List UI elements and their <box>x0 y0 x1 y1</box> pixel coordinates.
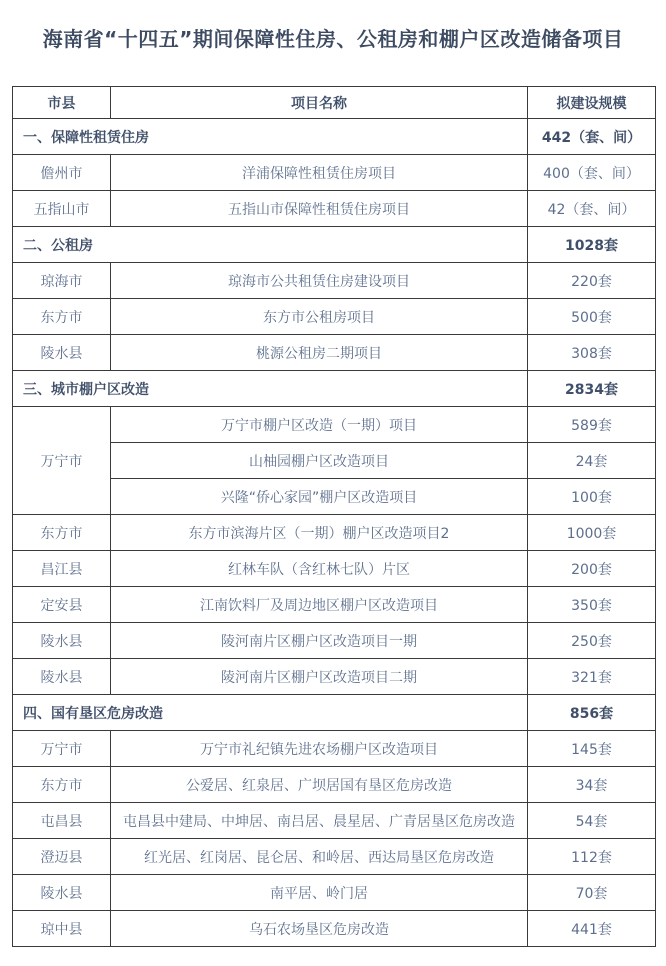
project-cell: 江南饮料厂及周边地区棚户区改造项目 <box>111 587 528 623</box>
project-cell: 东方市滨海片区（一期）棚户区改造项目2 <box>111 515 528 551</box>
header-project: 项目名称 <box>111 87 528 119</box>
table-row: 万宁市 万宁市礼纪镇先进农场棚户区改造项目 145套 <box>13 731 656 767</box>
section-row: 一、保障性租赁住房 442（套、间） <box>13 119 656 155</box>
table-row: 琼海市 琼海市公共租赁住房建设项目 220套 <box>13 263 656 299</box>
city-cell: 定安县 <box>13 587 111 623</box>
scale-cell: 441套 <box>528 911 656 947</box>
table-row: 定安县 江南饮料厂及周边地区棚户区改造项目 350套 <box>13 587 656 623</box>
scale-cell: 42（套、间） <box>528 191 656 227</box>
project-cell: 五指山市保障性租赁住房项目 <box>111 191 528 227</box>
city-cell: 琼中县 <box>13 911 111 947</box>
table-row: 陵水县 陵河南片区棚户区改造项目一期 250套 <box>13 623 656 659</box>
scale-cell: 145套 <box>528 731 656 767</box>
table-row: 昌江县 红林车队（含红林七队）片区 200套 <box>13 551 656 587</box>
city-cell: 东方市 <box>13 767 111 803</box>
city-cell: 陵水县 <box>13 659 111 695</box>
table-row: 澄迈县 红光居、红岗居、昆仑居、和岭居、西达局垦区危房改造 112套 <box>13 839 656 875</box>
section-total: 1028套 <box>528 227 656 263</box>
scale-cell: 589套 <box>528 407 656 443</box>
section-row: 二、公租房 1028套 <box>13 227 656 263</box>
table-row: 万宁市 万宁市棚户区改造（一期）项目 589套 <box>13 407 656 443</box>
header-city: 市县 <box>13 87 111 119</box>
section-total: 2834套 <box>528 371 656 407</box>
city-cell: 万宁市 <box>13 731 111 767</box>
project-cell: 陵河南片区棚户区改造项目一期 <box>111 623 528 659</box>
table-row: 东方市 东方市滨海片区（一期）棚户区改造项目2 1000套 <box>13 515 656 551</box>
city-cell: 陵水县 <box>13 335 111 371</box>
section-total: 442（套、间） <box>528 119 656 155</box>
header-row: 市县 项目名称 拟建设规模 <box>13 87 656 119</box>
city-cell: 昌江县 <box>13 551 111 587</box>
table-row: 陵水县 陵河南片区棚户区改造项目二期 321套 <box>13 659 656 695</box>
city-cell: 陵水县 <box>13 623 111 659</box>
table-row: 五指山市 五指山市保障性租赁住房项目 42（套、间） <box>13 191 656 227</box>
city-cell: 万宁市 <box>13 407 111 515</box>
project-cell: 公爱居、红泉居、广坝居国有垦区危房改造 <box>111 767 528 803</box>
project-cell: 洋浦保障性租赁住房项目 <box>111 155 528 191</box>
section-label: 二、公租房 <box>13 227 528 263</box>
project-cell: 万宁市礼纪镇先进农场棚户区改造项目 <box>111 731 528 767</box>
city-cell: 陵水县 <box>13 875 111 911</box>
table-row: 陵水县 南平居、岭门居 70套 <box>13 875 656 911</box>
scale-cell: 308套 <box>528 335 656 371</box>
project-cell: 陵河南片区棚户区改造项目二期 <box>111 659 528 695</box>
scale-cell: 54套 <box>528 803 656 839</box>
scale-cell: 321套 <box>528 659 656 695</box>
city-cell: 五指山市 <box>13 191 111 227</box>
table-row: 东方市 东方市公租房项目 500套 <box>13 299 656 335</box>
project-cell: 东方市公租房项目 <box>111 299 528 335</box>
scale-cell: 250套 <box>528 623 656 659</box>
project-cell: 万宁市棚户区改造（一期）项目 <box>111 407 528 443</box>
project-cell: 兴隆“侨心家园”棚户区改造项目 <box>111 479 528 515</box>
project-cell: 山柚园棚户区改造项目 <box>111 443 528 479</box>
header-scale: 拟建设规模 <box>528 87 656 119</box>
scale-cell: 70套 <box>528 875 656 911</box>
section-total: 856套 <box>528 695 656 731</box>
section-label: 四、国有垦区危房改造 <box>13 695 528 731</box>
scale-cell: 100套 <box>528 479 656 515</box>
page: 海南省“十四五”期间保障性住房、公租房和棚户区改造储备项目 市县 项目名称 拟建… <box>0 0 666 966</box>
scale-cell: 400（套、间） <box>528 155 656 191</box>
scale-cell: 1000套 <box>528 515 656 551</box>
table-row: 琼中县 乌石农场垦区危房改造 441套 <box>13 911 656 947</box>
city-cell: 儋州市 <box>13 155 111 191</box>
table-row: 屯昌县 屯昌县中建局、中坤居、南吕居、晨星居、广青居垦区危房改造 54套 <box>13 803 656 839</box>
city-cell: 东方市 <box>13 515 111 551</box>
project-cell: 琼海市公共租赁住房建设项目 <box>111 263 528 299</box>
project-cell: 屯昌县中建局、中坤居、南吕居、晨星居、广青居垦区危房改造 <box>111 803 528 839</box>
city-cell: 东方市 <box>13 299 111 335</box>
scale-cell: 350套 <box>528 587 656 623</box>
scale-cell: 200套 <box>528 551 656 587</box>
projects-table: 市县 项目名称 拟建设规模 一、保障性租赁住房 442（套、间） 儋州市 洋浦保… <box>12 86 656 947</box>
scale-cell: 500套 <box>528 299 656 335</box>
project-cell: 乌石农场垦区危房改造 <box>111 911 528 947</box>
project-cell: 红光居、红岗居、昆仑居、和岭居、西达局垦区危房改造 <box>111 839 528 875</box>
scale-cell: 220套 <box>528 263 656 299</box>
project-cell: 南平居、岭门居 <box>111 875 528 911</box>
project-cell: 桃源公租房二期项目 <box>111 335 528 371</box>
scale-cell: 34套 <box>528 767 656 803</box>
section-label: 一、保障性租赁住房 <box>13 119 528 155</box>
table-row: 儋州市 洋浦保障性租赁住房项目 400（套、间） <box>13 155 656 191</box>
city-cell: 屯昌县 <box>13 803 111 839</box>
table-row: 东方市 公爱居、红泉居、广坝居国有垦区危房改造 34套 <box>13 767 656 803</box>
city-cell: 澄迈县 <box>13 839 111 875</box>
section-label: 三、城市棚户区改造 <box>13 371 528 407</box>
scale-cell: 24套 <box>528 443 656 479</box>
table-row: 陵水县 桃源公租房二期项目 308套 <box>13 335 656 371</box>
project-cell: 红林车队（含红林七队）片区 <box>111 551 528 587</box>
page-title: 海南省“十四五”期间保障性住房、公租房和棚户区改造储备项目 <box>8 25 658 53</box>
scale-cell: 112套 <box>528 839 656 875</box>
city-cell: 琼海市 <box>13 263 111 299</box>
section-row: 三、城市棚户区改造 2834套 <box>13 371 656 407</box>
section-row: 四、国有垦区危房改造 856套 <box>13 695 656 731</box>
